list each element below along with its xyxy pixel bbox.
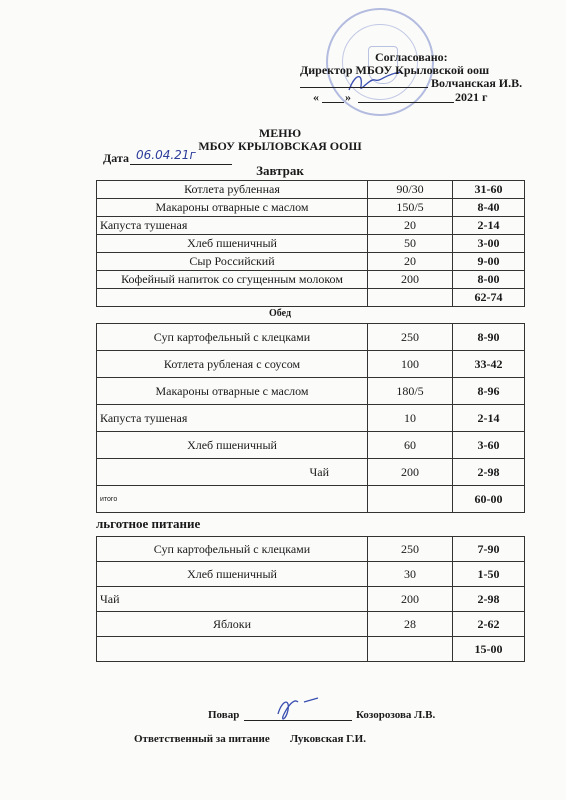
- responsible-label: Ответственный за питание: [134, 733, 270, 745]
- total-label: [97, 637, 368, 662]
- cook-signature: [268, 692, 328, 728]
- total-row: 62-74: [97, 289, 525, 307]
- dish-name: Хлеб пшеничный: [97, 235, 368, 253]
- dish-price: 2-98: [453, 459, 525, 486]
- approval-signature-line: [300, 73, 428, 88]
- dish-name: Сыр Российский: [97, 253, 368, 271]
- dish-weight: 30: [368, 562, 453, 587]
- dish-weight: 200: [368, 587, 453, 612]
- approval-day-line: [322, 90, 344, 103]
- dish-price: 1-50: [453, 562, 525, 587]
- benefit-table: Суп картофельный с клецками2507-90Хлеб п…: [96, 536, 525, 662]
- dish-name: Макароны отварные с маслом: [97, 378, 368, 405]
- dish-name: Чай: [97, 459, 368, 486]
- total-weight-cell: [368, 289, 453, 307]
- table-row: Хлеб пшеничный603-60: [97, 432, 525, 459]
- dish-price: 3-00: [453, 235, 525, 253]
- lunch-title: Обед: [200, 308, 360, 319]
- dish-name: Суп картофельный с клецками: [97, 324, 368, 351]
- benefit-title: льготное питание: [96, 516, 200, 532]
- dish-price: 8-40: [453, 199, 525, 217]
- approval-quote-open: «: [313, 90, 319, 105]
- total-price: 62-74: [453, 289, 525, 307]
- responsible-name: Луковская Г.И.: [290, 733, 366, 745]
- table-row: Сыр Российский209-00: [97, 253, 525, 271]
- dish-price: 9-00: [453, 253, 525, 271]
- dish-weight: 200: [368, 459, 453, 486]
- table-row: Котлета рубленная90/3031-60: [97, 181, 525, 199]
- dish-name: Суп картофельный с клецками: [97, 537, 368, 562]
- dish-weight: 20: [368, 217, 453, 235]
- dish-weight: 50: [368, 235, 453, 253]
- total-price: 60-00: [453, 486, 525, 513]
- dish-weight: 180/5: [368, 378, 453, 405]
- date-label: Дата: [103, 151, 129, 166]
- dish-price: 33-42: [453, 351, 525, 378]
- dish-weight: 250: [368, 324, 453, 351]
- total-weight-cell: [368, 637, 453, 662]
- dish-name: Чай: [97, 587, 368, 612]
- dish-weight: 250: [368, 537, 453, 562]
- dish-price: 8-00: [453, 271, 525, 289]
- table-row: Кофейный напиток со сгущенным молоком200…: [97, 271, 525, 289]
- table-row: Капуста тушеная202-14: [97, 217, 525, 235]
- dish-price: 7-90: [453, 537, 525, 562]
- table-row: Макароны отварные с маслом150/58-40: [97, 199, 525, 217]
- dish-weight: 10: [368, 405, 453, 432]
- dish-weight: 200: [368, 271, 453, 289]
- breakfast-table: Котлета рубленная90/3031-60Макароны отва…: [96, 180, 525, 307]
- dish-name: Макароны отварные с маслом: [97, 199, 368, 217]
- table-row: Капуста тушеная102-14: [97, 405, 525, 432]
- dish-weight: 150/5: [368, 199, 453, 217]
- approval-month-line: [358, 90, 454, 103]
- dish-name: Хлеб пшеничный: [97, 562, 368, 587]
- dish-price: 31-60: [453, 181, 525, 199]
- dish-name: Хлеб пшеничный: [97, 432, 368, 459]
- dish-weight: 90/30: [368, 181, 453, 199]
- dish-price: 2-62: [453, 612, 525, 637]
- breakfast-title: Завтрак: [200, 163, 360, 179]
- table-row: Хлеб пшеничный503-00: [97, 235, 525, 253]
- table-row: Суп картофельный с клецками2507-90: [97, 537, 525, 562]
- dish-weight: 60: [368, 432, 453, 459]
- dish-weight: 20: [368, 253, 453, 271]
- dish-price: 2-14: [453, 405, 525, 432]
- total-row: 15-00: [97, 637, 525, 662]
- cook-label: Повар: [208, 709, 239, 721]
- total-row: итого60-00: [97, 486, 525, 513]
- dish-name: Котлета рубленная: [97, 181, 368, 199]
- dish-price: 8-90: [453, 324, 525, 351]
- table-row: Суп картофельный с клецками2508-90: [97, 324, 525, 351]
- total-weight-cell: [368, 486, 453, 513]
- table-row: Хлеб пшеничный301-50: [97, 562, 525, 587]
- dish-name: Яблоки: [97, 612, 368, 637]
- dish-price: 8-96: [453, 378, 525, 405]
- total-label: итого: [97, 486, 368, 513]
- table-row: Чай2002-98: [97, 587, 525, 612]
- approval-quote-close: »: [345, 90, 351, 105]
- approval-director-name: Волчанская И.В.: [431, 76, 522, 91]
- table-row: Чай2002-98: [97, 459, 525, 486]
- cook-name: Козорозова Л.В.: [356, 709, 435, 721]
- total-label: [97, 289, 368, 307]
- table-row: Макароны отварные с маслом180/58-96: [97, 378, 525, 405]
- dish-name: Капуста тушеная: [97, 217, 368, 235]
- dish-price: 2-98: [453, 587, 525, 612]
- dish-name: Котлета рубленая с соусом: [97, 351, 368, 378]
- lunch-table: Суп картофельный с клецками2508-90Котлет…: [96, 323, 525, 513]
- date-value: 06.04.21г: [136, 148, 196, 162]
- table-row: Котлета рубленая с соусом10033-42: [97, 351, 525, 378]
- dish-name: Капуста тушеная: [97, 405, 368, 432]
- approval-year: 2021 г: [455, 90, 487, 105]
- dish-price: 3-60: [453, 432, 525, 459]
- table-row: Яблоки282-62: [97, 612, 525, 637]
- dish-weight: 100: [368, 351, 453, 378]
- total-price: 15-00: [453, 637, 525, 662]
- dish-price: 2-14: [453, 217, 525, 235]
- dish-weight: 28: [368, 612, 453, 637]
- dish-name: Кофейный напиток со сгущенным молоком: [97, 271, 368, 289]
